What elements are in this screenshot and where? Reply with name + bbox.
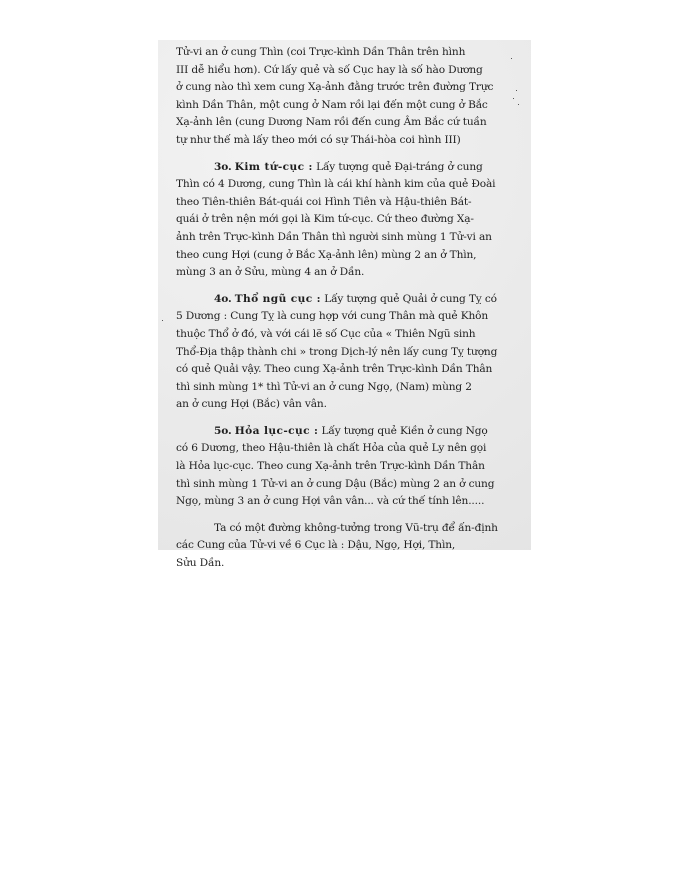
text-line: có 6 Dương, theo Hậu-thiên là chất Hỏa c…: [176, 440, 515, 458]
scan-speck: [162, 320, 163, 321]
text-line: là Hỏa lục-cục. Theo cung Xạ-ảnh trên Tr…: [176, 458, 515, 476]
paragraph-intro: Tử-vi an ở cung Thìn (coi Trực-kình Dần …: [176, 44, 515, 150]
scan-speck: [511, 58, 512, 59]
paragraph-tho-ngu-cuc: 4o. Thổ ngũ cục : Lấy tượng quẻ Quải ở c…: [176, 291, 515, 414]
text-line: thuộc Thổ ở đó, và với cái lẽ số Cục của…: [176, 326, 515, 344]
scanned-page: Tử-vi an ở cung Thìn (coi Trực-kình Dần …: [158, 40, 531, 550]
text-line: Tử-vi an ở cung Thìn (coi Trực-kình Dần …: [176, 44, 515, 62]
text-line: theo Tiên-thiên Bát-quái coi Hình Tiên v…: [176, 194, 515, 212]
text-line: mùng 3 an ở Sửu, mùng 4 an ở Dần.: [176, 264, 515, 282]
section-number: 5o.: [214, 425, 232, 437]
paragraph-kim-tu-cuc: 3o. Kim tứ-cục : Lấy tượng quẻ Đại-tráng…: [176, 159, 515, 282]
scan-speck: [516, 90, 517, 91]
text-line: Thổ-Địa thập thành chi » trong Dịch-lý n…: [176, 344, 515, 362]
text-line: Xạ-ảnh lên (cung Dương Nam rồi đến cung …: [176, 114, 515, 132]
section-heading: Hỏa lục-cục :: [235, 425, 319, 437]
text-line: Ngọ, mùng 3 an ở cung Hợi vân vân... và …: [176, 493, 515, 511]
section-heading-line: 3o. Kim tứ-cục : Lấy tượng quẻ Đại-tráng…: [176, 159, 515, 177]
text-line: kình Dần Thân, một cung ở Nam rồi lại đế…: [176, 97, 515, 115]
text-line: Ta có một đường không-tưởng trong Vũ-trụ…: [176, 520, 515, 538]
section-heading: Kim tứ-cục :: [235, 161, 313, 173]
paragraph-conclusion: Ta có một đường không-tưởng trong Vũ-trụ…: [176, 520, 515, 573]
section-number: 3o.: [214, 161, 232, 173]
section-heading-line: 5o. Hỏa lục-cục : Lấy tượng quẻ Kiền ở c…: [176, 423, 515, 441]
scan-speck: [513, 98, 514, 99]
text-line: Lấy tượng quẻ Đại-tráng ở cung: [316, 161, 483, 173]
text-line: an ở cung Hợi (Bắc) vân vân.: [176, 396, 515, 414]
text-line: ở cung nào thì xem cung Xạ-ảnh đằng trướ…: [176, 79, 515, 97]
text-line: có quẻ Quải vậy. Theo cung Xạ-ảnh trên T…: [176, 361, 515, 379]
text-line: thì sinh mùng 1 Tử-vi an ở cung Dậu (Bắc…: [176, 476, 515, 494]
text-line: quái ở trên nện mới gọi là Kim tứ-cục. C…: [176, 211, 515, 229]
paragraph-hoa-luc-cuc: 5o. Hỏa lục-cục : Lấy tượng quẻ Kiền ở c…: [176, 423, 515, 511]
text-line: ảnh trên Trực-kình Dần Thân thì người si…: [176, 229, 515, 247]
text-line: tự như thế mà lấy theo mới có sự Thái-hò…: [176, 132, 515, 150]
text-line: Lấy tượng quẻ Kiền ở cung Ngọ: [322, 425, 488, 437]
scan-speck: [518, 104, 519, 105]
text-line: Thìn có 4 Dương, cung Thìn là cái khí hà…: [176, 176, 515, 194]
text-line: theo cung Hợi (cung ở Bắc Xạ-ảnh lên) mù…: [176, 247, 515, 265]
text-line: 5 Dương : Cung Tỵ là cung hợp với cung T…: [176, 308, 515, 326]
text-line: III dễ hiểu hơn). Cứ lấy quẻ và số Cục h…: [176, 62, 515, 80]
section-heading-line: 4o. Thổ ngũ cục : Lấy tượng quẻ Quải ở c…: [176, 291, 515, 309]
text-line: các Cung của Tử-vi về 6 Cục là : Dậu, Ng…: [176, 537, 515, 555]
text-line: Sửu Dần.: [176, 555, 515, 573]
text-line: thì sinh mùng 1* thì Tử-vi an ở cung Ngọ…: [176, 379, 515, 397]
text-line: Lấy tượng quẻ Quải ở cung Tỵ có: [324, 293, 497, 305]
section-number: 4o.: [214, 293, 232, 305]
section-heading: Thổ ngũ cục :: [235, 293, 321, 305]
